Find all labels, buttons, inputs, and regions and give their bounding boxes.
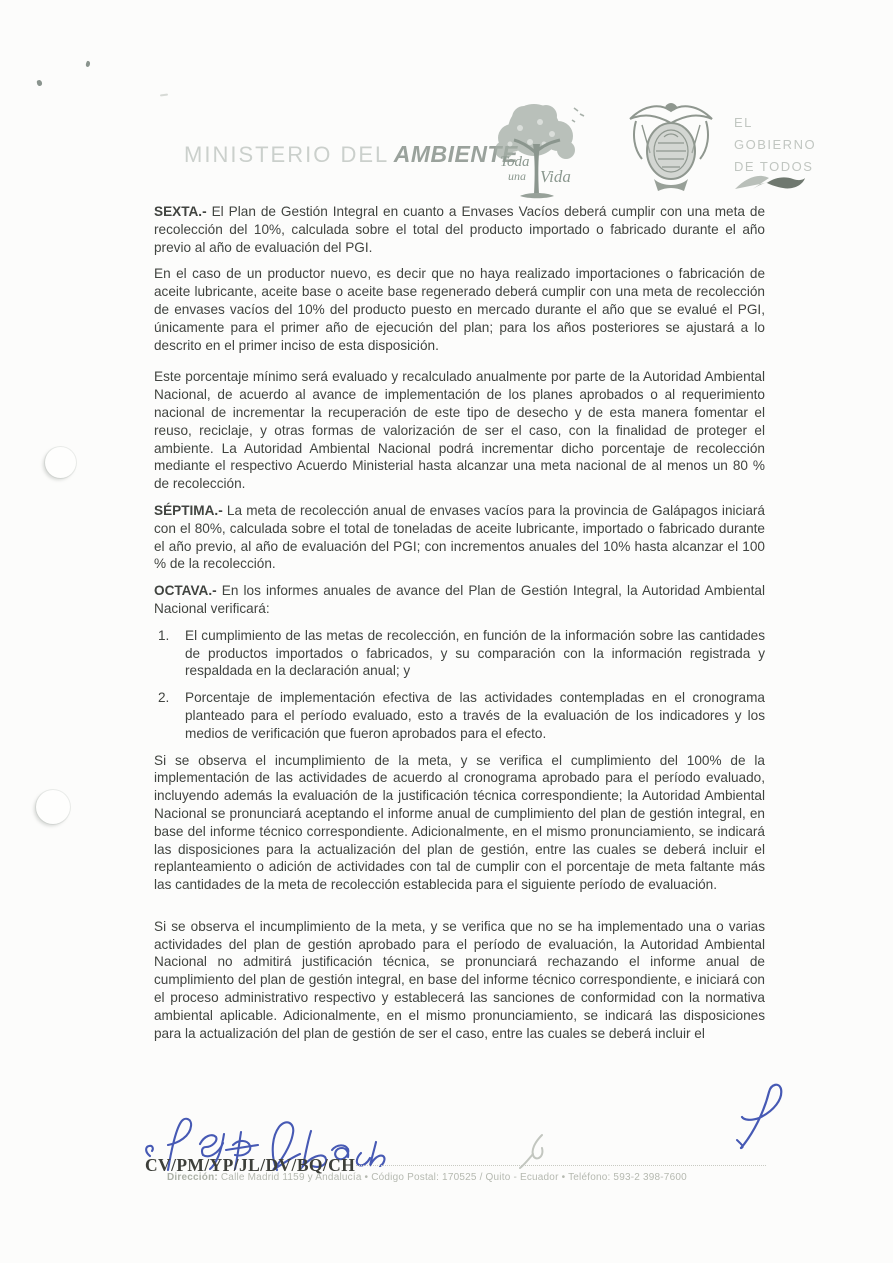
paragraph-sexta: SEXTA.- El Plan de Gestión Integral en c…	[154, 203, 765, 256]
tree-slogan-word-2: una	[508, 169, 526, 183]
tree-slogan-word-1: Toda	[500, 154, 529, 170]
paragraph-porcentaje-minimo: Este porcentaje mínimo será evaluado y r…	[154, 368, 765, 493]
footer-address-line: Dirección: Calle Madrid 1159 y Andalucía…	[167, 1172, 687, 1183]
ministry-wordmark-prefix: MINISTERIO DEL	[184, 142, 389, 167]
paragraph-productor-nuevo: En el caso de un productor nuevo, es dec…	[154, 265, 765, 354]
toda-una-vida-tree-logo-icon: Toda una Vida	[484, 100, 592, 210]
numbered-item-1: 1. El cumplimiento de las metas de recol…	[154, 627, 765, 680]
ministry-wordmark: MINISTERIO DEL AMBIENTE	[184, 141, 518, 168]
punch-hole	[36, 790, 70, 824]
gobierno-line-2: GOBIERNO	[734, 134, 816, 156]
paragraph-septima: SÉPTIMA.- La meta de recolección anual d…	[154, 502, 765, 573]
tree-slogan-word-3: Vida	[540, 167, 571, 186]
gobierno-line-1: EL	[734, 112, 816, 134]
paragraph-incumplimiento-2: Si se observa el incumplimiento de la me…	[154, 918, 765, 1043]
pencil-squiggle-mark-icon	[512, 1133, 554, 1176]
clause-label-sexta: SEXTA.-	[154, 204, 207, 219]
paragraph-octava: OCTAVA.- En los informes anuales de avan…	[154, 582, 765, 618]
clause-label-octava: OCTAVA.-	[154, 583, 217, 598]
punch-hole	[45, 447, 76, 478]
paragraph-incumplimiento-1: Si se observa el incumplimiento de la me…	[154, 752, 765, 894]
item-number: 2.	[158, 689, 169, 707]
gobierno-de-todos-wordmark: EL GOBIERNO DE TODOS	[734, 112, 816, 178]
gobierno-swoosh-bird-icon	[733, 170, 807, 199]
scan-speck	[36, 80, 42, 87]
scan-speck	[160, 93, 168, 96]
document-body: SEXTA.- El Plan de Gestión Integral en c…	[154, 203, 765, 1051]
address-label: Dirección:	[167, 1172, 218, 1183]
scan-speck	[85, 61, 91, 68]
footer-rule	[356, 1165, 766, 1166]
item-number: 1.	[158, 627, 169, 645]
numbered-item-2: 2. Porcentaje de implementación efectiva…	[154, 689, 765, 742]
scanned-document-page: MINISTERIO DEL AMBIENTE Toda una Vida	[0, 0, 893, 1263]
clause-label-septima: SÉPTIMA.-	[154, 503, 223, 518]
handwritten-p-mark-icon	[729, 1080, 795, 1163]
ecuador-coat-of-arms-icon	[620, 101, 722, 198]
